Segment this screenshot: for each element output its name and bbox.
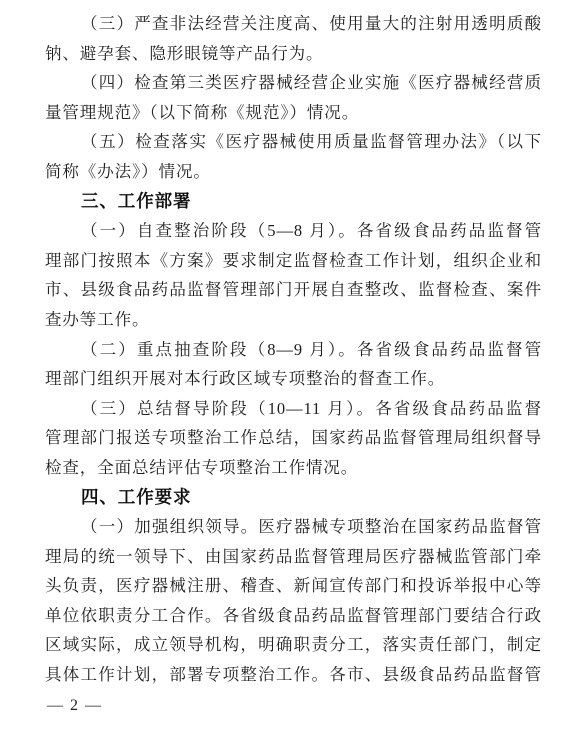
text-line: 市、县级食品药品监督管理部门开展自查整改、监督检查、案件: [45, 275, 542, 305]
text-line: 理部门组织开展对本行政区域专项整治的督查工作。: [45, 364, 542, 394]
text-line: 钠、避孕套、隐形眼镜等产品行为。: [45, 39, 542, 69]
document-body: （三）严查非法经营关注度高、使用量大的注射用透明质酸钠、避孕套、隐形眼镜等产品行…: [45, 9, 542, 690]
text-line: （二）重点抽查阶段（8—9 月）。各省级食品药品监督管: [45, 335, 542, 365]
text-line: 理局的统一领导下、由国家药品监督管理局医疗器械监管部门牵: [45, 542, 542, 572]
text-line: （一）自查整治阶段（5—8 月）。各省级食品药品监督管: [45, 216, 542, 246]
page-number: — 2 —: [47, 694, 103, 718]
text-line: （三）严查非法经营关注度高、使用量大的注射用透明质酸: [45, 9, 542, 39]
text-line: 具体工作计划，部署专项整治工作。各市、县级食品药品监督管: [45, 660, 542, 690]
text-line: 头负责，医疗器械注册、稽查、新闻宣传部门和投诉举报中心等: [45, 571, 542, 601]
text-line: （三）总结督导阶段（10—11 月）。各省级食品药品监督: [45, 394, 542, 424]
text-line: （一）加强组织领导。医疗器械专项整治在国家药品监督管: [45, 512, 542, 542]
text-line: 单位依职责分工合作。各省级食品药品监督管理部门要结合行政: [45, 601, 542, 631]
text-line: 区域实际，成立领导机构，明确职责分工，落实责任部门，制定: [45, 630, 542, 660]
document-page: （三）严查非法经营关注度高、使用量大的注射用透明质酸钠、避孕套、隐形眼镜等产品行…: [0, 0, 573, 729]
text-line: 量管理规范》（以下简称《规范》）情况。: [45, 98, 542, 128]
text-line: 检查，全面总结评估专项整治工作情况。: [45, 453, 542, 483]
text-line: 理部门按照本《方案》要求制定监督检查工作计划，组织企业和: [45, 246, 542, 276]
section-heading: 三、工作部署: [45, 187, 542, 217]
text-line: （五）检查落实《医疗器械使用质量监督管理办法》（以下: [45, 127, 542, 157]
text-line: 管理部门报送专项整治工作总结，国家药品监督管理局组织督导: [45, 423, 542, 453]
section-heading: 四、工作要求: [45, 483, 542, 513]
text-line: 简称《办法》）情况。: [45, 157, 542, 187]
text-line: （四）检查第三类医疗器械经营企业实施《医疗器械经营质: [45, 68, 542, 98]
text-line: 查办等工作。: [45, 305, 542, 335]
